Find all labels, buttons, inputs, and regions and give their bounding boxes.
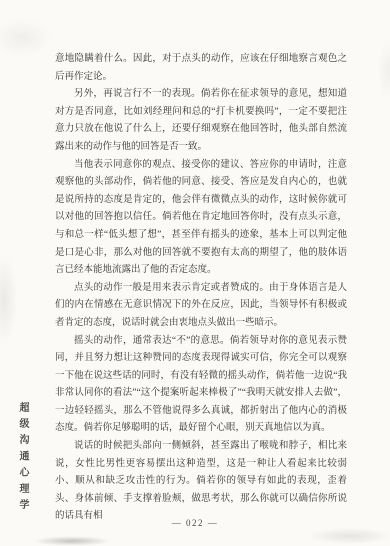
paragraph: 另外，再说言行不一的表现。倘若你在征求领导的意见，想知道对方是否同意，比如刘经理… (55, 86, 347, 156)
paragraph: 点头的动作一般是用来表示肯定或者赞成的。由于身体语言是人们的内在情感在无意识情况… (55, 280, 347, 333)
page-number: — 022 — (0, 518, 390, 528)
book-spine-title: 超级沟通心理学 (15, 402, 30, 515)
scanned-book-page: 超级沟通心理学 意地隐瞒着什么。因此，对于点头的动作，应该在仔细地察言观色之后再… (0, 0, 390, 546)
page-body-text: 意地隐瞒着什么。因此，对于点头的动作，应该在仔细地察言观色之后再作定论。 另外，… (55, 51, 347, 526)
paragraph: 当他表示同意你的观点、接受你的建议、答应你的申请时，注意观察他的头部动作，倘若他… (55, 157, 347, 280)
paragraph: 摇头的动作，通常表达“不”的意思。倘若领导对你的意见表示赞同，并且努力想让这种赞… (55, 333, 347, 439)
paragraph: 说话的时候把头部向一侧倾斜，甚至露出了喉咙和脖子，相比来说，女性比男性更容易摆出… (55, 438, 347, 526)
paragraph: 意地隐瞒着什么。因此，对于点头的动作，应该在仔细地察言观色之后再作定论。 (55, 51, 347, 86)
